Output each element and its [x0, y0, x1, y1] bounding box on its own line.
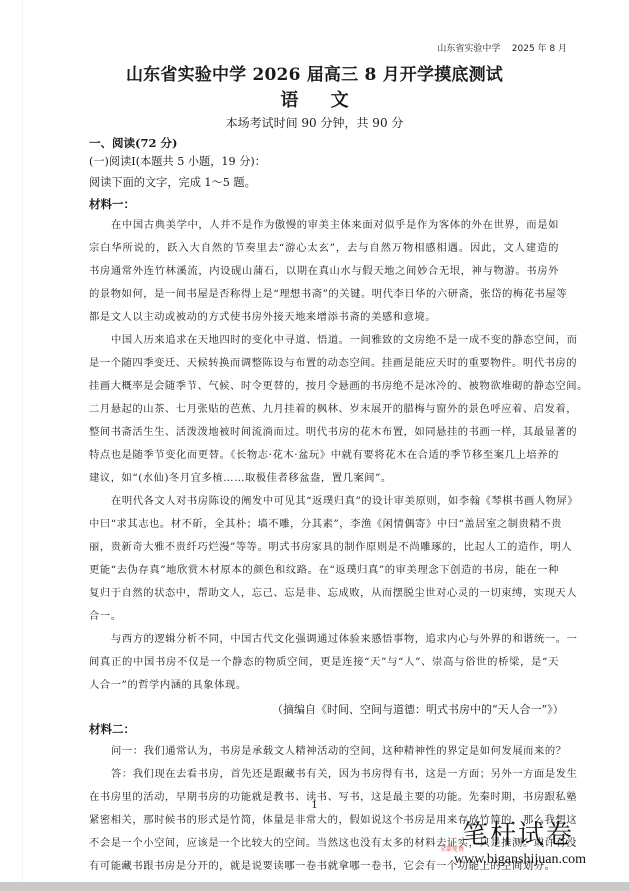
part-heading: (一)阅读Ⅰ(本题共 5 小题，19 分)：: [89, 155, 266, 169]
paragraph-line: 挂画大概率是会随季节、气候、时令更替的，按月令悬画的书房绝不是冰冷的、被物欲堆砌…: [89, 379, 559, 393]
paragraph-line: 书房通常外连竹林溪流，内设砚山蒲石，以期在真山水与假天地之间妙合无垠，神与物游。…: [89, 264, 559, 278]
header-school-date: 山东省实验中学 2025 年 8 月: [437, 41, 567, 54]
page-number: 1: [0, 800, 629, 811]
paragraph-line: 二月悬起的山茶、七月张贴的芭蕉、九月挂着的枫林、岁末展开的腊梅与窗外的景色呼应着…: [89, 402, 559, 416]
paragraph-line: 问一：我们通常认为，书房是承载文人精神活动的空间，这种精神性的界定是如何发展而来…: [111, 744, 559, 758]
paragraph-line: 都是文人以主动或被动的方式使书房外接天地来增添书斋的美感和意境。: [89, 310, 559, 324]
paragraph-line: 与西方的逻辑分析不同，中国古代文化强调通过体验来感悟事物，追求内心与外界的和谐统…: [111, 632, 559, 646]
exam-info: 本场考试时间 90 分钟，共 90 分: [0, 114, 629, 131]
bottom-gray-bar: [0, 882, 629, 891]
paragraph-line: 中曰“求其志也。材不斫，全其朴；墙不雕，分其素”，李渔《闲情偶寄》中曰“盖居室之…: [89, 517, 559, 531]
paragraph-line: 中国人历来追求在天地四时的变化中寻道、悟道。一间雅致的文房绝不是一成不变的静态空…: [111, 333, 559, 347]
material1-label: 材料一：: [89, 197, 135, 211]
paragraph-line: 在明代各文人对书房陈设的阐发中可见其“返璞归真”的设计审美原则，如李翰《琴棋书画…: [111, 494, 559, 508]
paragraph-line: 建议，如“(水仙)冬月宜多植……取极佳者移盆盎，置几案间”。: [89, 471, 559, 485]
paragraph-line: 复归于自然的状态中，帮助文人，忘己、忘是非、忘成败，从而摆脱尘世对心灵的一切束缚…: [89, 586, 559, 600]
exam-page: 山东省实验中学 2025 年 8 月 山东省实验中学 2026 届高三 8 月开…: [0, 0, 629, 882]
header-date: 2025 年 8 月: [512, 44, 567, 54]
paragraph-line: 宗白华所说的，跃入大自然的节奏里去“游心太玄”，去与自然万物相感相遇。因此，文人…: [89, 241, 559, 255]
header-school: 山东省实验中学: [437, 44, 500, 54]
watermark-url[interactable]: www.biganshijuan.com: [454, 852, 586, 868]
paragraph-line: 的景物如何，是一间书屋是否称得上是“理想书斋”的关键。明代李日华的六研斋，张岱的…: [89, 287, 559, 301]
paragraph-line: 整间书斋活生生、活泼泼地被时间流淌而过。明代书房的花木布置，如同悬挂的书画一样，…: [89, 425, 559, 439]
subject-title: 语 文: [0, 86, 629, 112]
paragraph-line: 合一。: [89, 609, 559, 623]
instruction: 阅读下面的文字，完成 1～5 题。: [89, 176, 256, 190]
paragraph-line: 更能“去伪存真”地欣赏木材原本的颜色和纹路。在“返璞归真”的审美理念下创造的书房…: [89, 563, 559, 577]
paragraph-line: 丽，贵新奇大雅不贵纤巧烂漫”等等。明式书房家具的制作原则是不尚雕琢的，比起人工的…: [89, 540, 559, 554]
section-heading: 一、阅读(72 分): [89, 136, 177, 150]
page-edge-divider: [22, 0, 23, 882]
paragraph-line: 在中国古典美学中，人并不是作为傲慢的审美主体来面对似乎是作为客体的外在世界，而是…: [111, 218, 559, 232]
watermark-brand: 笔杆试卷: [462, 814, 574, 851]
paragraph-line: 间真正的中国书房不仅是一个静态的物质空间，更是连接“天”与“人”、崇高与俗世的桥…: [89, 655, 559, 669]
material2-label: 材料二：: [89, 722, 135, 736]
paragraph-line: 人合一”的哲学内涵的具象体现。: [89, 678, 559, 692]
exam-title: 山东省实验中学 2026 届高三 8 月开学摸底测试: [0, 60, 629, 85]
paragraph-line: 特点也是随季节变化而更替。《长物志·花木·盆玩》中就有要将花木在合适的季节移至案…: [89, 448, 559, 462]
paragraph-line: 答：我们现在去看书房，首先还是跟藏书有关，因为书房得有书，这是一方面；另外一方面…: [111, 767, 559, 781]
paragraph-line: 是一个随四季变迁、天候转换而调整陈设与布置的动态空间。挂画是能应天时的重要物件。…: [89, 356, 559, 370]
watermark-logo[interactable]: 笔杆试卷 全部免费 www.biganshijuan.com: [440, 814, 600, 874]
material1-citation: （摘编自《时间、空间与道德：明式书房中的“天人合一”》）: [272, 701, 564, 717]
